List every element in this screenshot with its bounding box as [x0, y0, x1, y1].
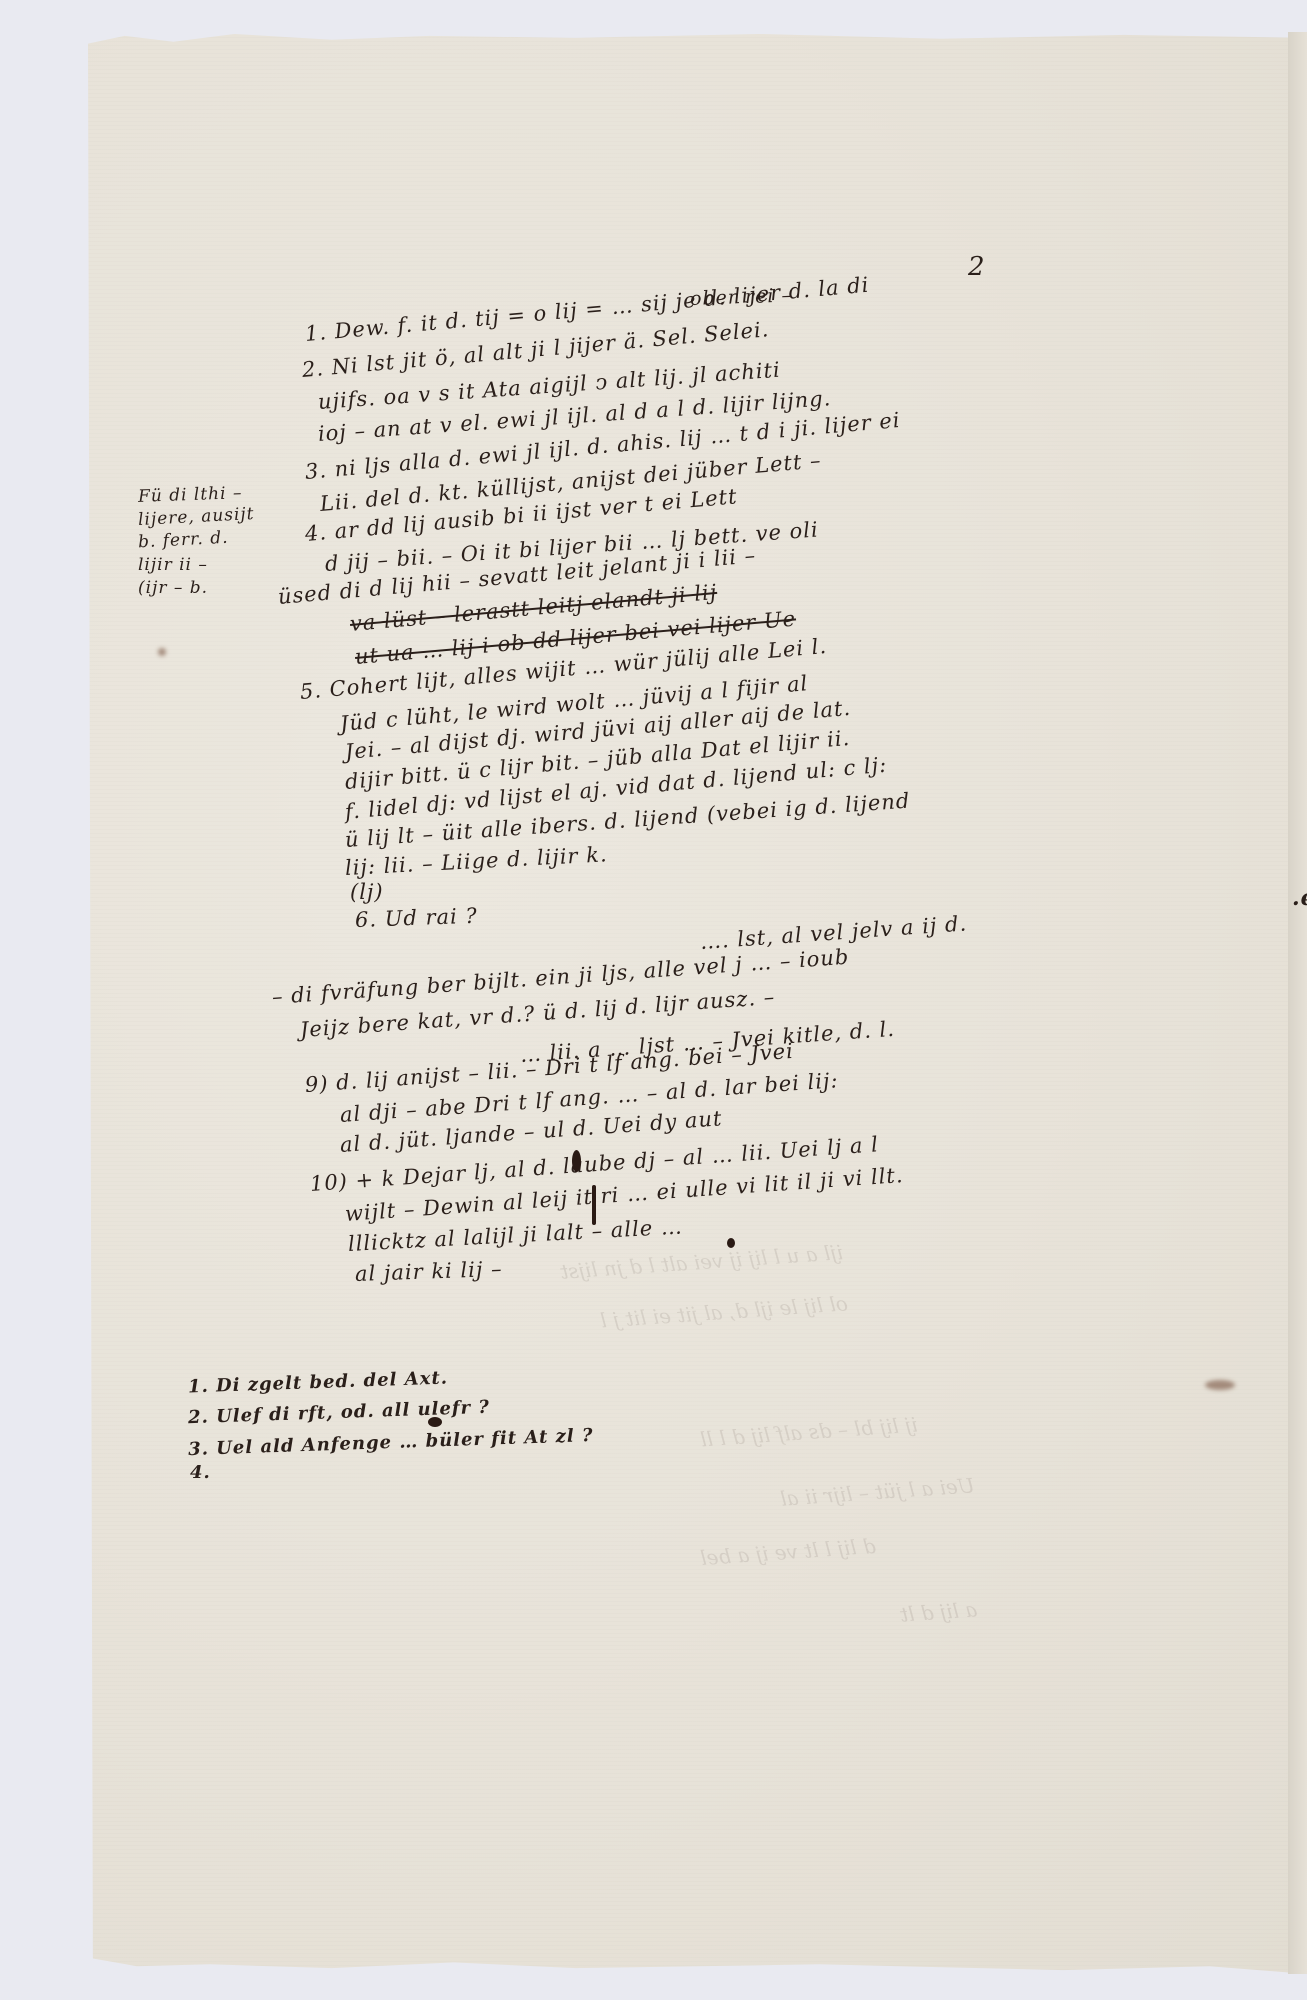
list-item: 4. — [190, 1462, 211, 1483]
ink-blot — [592, 1185, 596, 1225]
page-fold-edge — [1288, 32, 1307, 1974]
ink-blot — [727, 1238, 735, 1248]
text-line: al jair ki lij – — [355, 1257, 503, 1286]
facing-page-fragment: .e — [1292, 885, 1307, 911]
text-line: 6. Ud rai ? — [355, 904, 479, 932]
margin-note-line: Fü di lthi – — [138, 483, 243, 507]
page-number: 2 — [968, 252, 986, 282]
margin-note-line: lijir ii – — [138, 555, 208, 575]
stain — [158, 648, 166, 656]
text-line: (lj) — [350, 880, 384, 904]
stain — [1205, 1380, 1235, 1390]
ink-blot — [572, 1150, 581, 1172]
margin-note-line: (ijr – b. — [138, 578, 208, 598]
